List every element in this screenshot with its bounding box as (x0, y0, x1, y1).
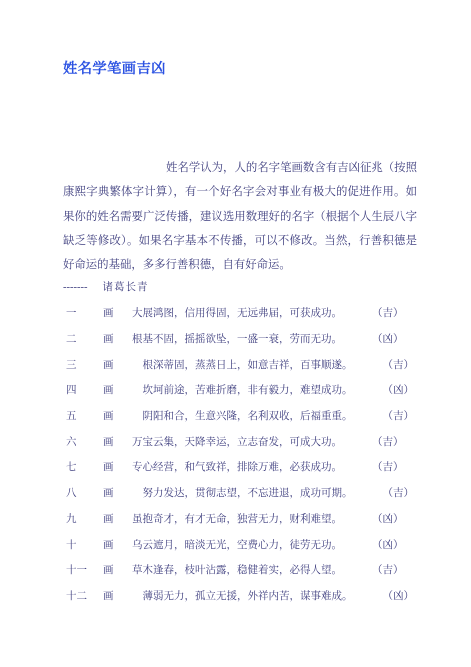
stroke-unit-label: 画 (103, 357, 132, 372)
stroke-row: 三 画 根深蒂固，蒸蒸日上，如意吉祥，百事顺遂。 （吉） (66, 351, 466, 377)
stroke-description: 专心经营，和气致祥，排除万难，必获成功。 (132, 459, 342, 474)
stroke-row: 二 画 根基不固，摇摇欲坠，一盛一衰，劳而无功。 （凶） (66, 326, 466, 352)
stroke-row: 九 画 虽抱奇才，有才无命，独营无力，财利难望。 （凶） (66, 506, 466, 532)
stroke-unit-label: 画 (103, 408, 132, 423)
stroke-description: 草木逢春，枝叶沾露，稳健着实，必得人望。 (132, 562, 342, 577)
stroke-row: 十 画 乌云遮月，暗淡无光，空费心力，徒劳无功。 （凶） (66, 531, 466, 557)
stroke-description: 坎坷前途，苦难折磨，非有毅力，难望成功。 (132, 382, 353, 397)
document-page: 姓名学笔画吉凶 姓名学认为，人的名字笔画数含有吉凶征兆（按照康熙字典繁体字计算）… (0, 0, 471, 667)
luck-verdict: （吉） (372, 305, 404, 320)
signature-dashes: ------- (63, 282, 87, 293)
stroke-unit-label: 画 (103, 434, 132, 449)
stroke-unit-label: 画 (103, 562, 132, 577)
stroke-description: 薄弱无力，孤立无援，外祥内苦，谋事难成。 (132, 588, 353, 603)
stroke-description: 大展鸿图，信用得固，无远弗届，可获成功。 (132, 305, 342, 320)
stroke-row: 六 画 万宝云集，天降幸运，立志奋发，可成大功。 （吉） (66, 428, 466, 454)
stroke-unit-label: 画 (103, 537, 132, 552)
stroke-unit-label: 画 (103, 485, 132, 500)
luck-verdict: （吉） (383, 357, 415, 372)
stroke-row: 十一 画 草木逢春，枝叶沾露，稳健着实，必得人望。 （吉） (66, 557, 466, 583)
stroke-unit-label: 画 (103, 588, 132, 603)
page-title: 姓名学笔画吉凶 (63, 60, 166, 78)
stroke-number: 四 (66, 382, 103, 397)
signature-line: -------诸葛长青 (63, 281, 148, 295)
stroke-description: 乌云遮月，暗淡无光，空费心力，徒劳无功。 (132, 537, 342, 552)
luck-verdict: （凶） (372, 537, 404, 552)
stroke-number: 五 (66, 408, 103, 423)
stroke-number: 一 (66, 305, 103, 320)
stroke-number: 七 (66, 459, 103, 474)
luck-verdict: （吉） (372, 562, 404, 577)
luck-verdict: （凶） (383, 588, 415, 603)
stroke-description: 阴阳和合，生意兴隆，名利双收，后福重重。 (132, 408, 353, 423)
stroke-number: 九 (66, 511, 103, 526)
stroke-row: 四 画 坎坷前途，苦难折磨，非有毅力，难望成功。 （凶） (66, 377, 466, 403)
stroke-row: 一 画 大展鸿图，信用得固，无远弗届，可获成功。 （吉） (66, 300, 466, 326)
luck-verdict: （吉） (383, 408, 415, 423)
stroke-description: 努力发达，贯彻志望，不忘进退，成功可期。 (132, 485, 353, 500)
stroke-number: 八 (66, 485, 103, 500)
stroke-unit-label: 画 (103, 459, 132, 474)
intro-paragraph: 姓名学认为，人的名字笔画数含有吉凶征兆（按照康熙字典繁体字计算），有一个好名字会… (63, 156, 417, 277)
signature-name: 诸葛长青 (102, 282, 148, 293)
stroke-row: 七 画 专心经营，和气致祥，排除万难，必获成功。 （吉） (66, 454, 466, 480)
stroke-number: 十一 (66, 562, 103, 577)
stroke-unit-label: 画 (103, 511, 132, 526)
luck-verdict: （吉） (372, 459, 404, 474)
stroke-list: 一 画 大展鸿图，信用得固，无远弗届，可获成功。 （吉） 二 画 根基不固，摇摇… (66, 300, 466, 608)
stroke-row: 八 画 努力发达，贯彻志望，不忘进退，成功可期。 （吉） (66, 480, 466, 506)
stroke-unit-label: 画 (103, 305, 132, 320)
stroke-number: 十 (66, 537, 103, 552)
luck-verdict: （吉） (372, 434, 404, 449)
luck-verdict: （吉） (383, 485, 415, 500)
stroke-description: 万宝云集，天降幸运，立志奋发，可成大功。 (132, 434, 342, 449)
stroke-row: 五 画 阴阳和合，生意兴隆，名利双收，后福重重。 （吉） (66, 403, 466, 429)
luck-verdict: （凶） (383, 382, 415, 397)
luck-verdict: （凶） (372, 511, 404, 526)
stroke-description: 根基不固，摇摇欲坠，一盛一衰，劳而无功。 (132, 331, 342, 346)
stroke-number: 十二 (66, 588, 103, 603)
stroke-number: 六 (66, 434, 103, 449)
stroke-description: 根深蒂固，蒸蒸日上，如意吉祥，百事顺遂。 (132, 357, 353, 372)
stroke-row: 十二 画 薄弱无力，孤立无援，外祥内苦，谋事难成。 （凶） (66, 583, 466, 609)
stroke-description: 虽抱奇才，有才无命，独营无力，财利难望。 (132, 511, 342, 526)
stroke-number: 二 (66, 331, 103, 346)
luck-verdict: （凶） (372, 331, 404, 346)
stroke-unit-label: 画 (103, 331, 132, 346)
stroke-number: 三 (66, 357, 103, 372)
stroke-unit-label: 画 (103, 382, 132, 397)
